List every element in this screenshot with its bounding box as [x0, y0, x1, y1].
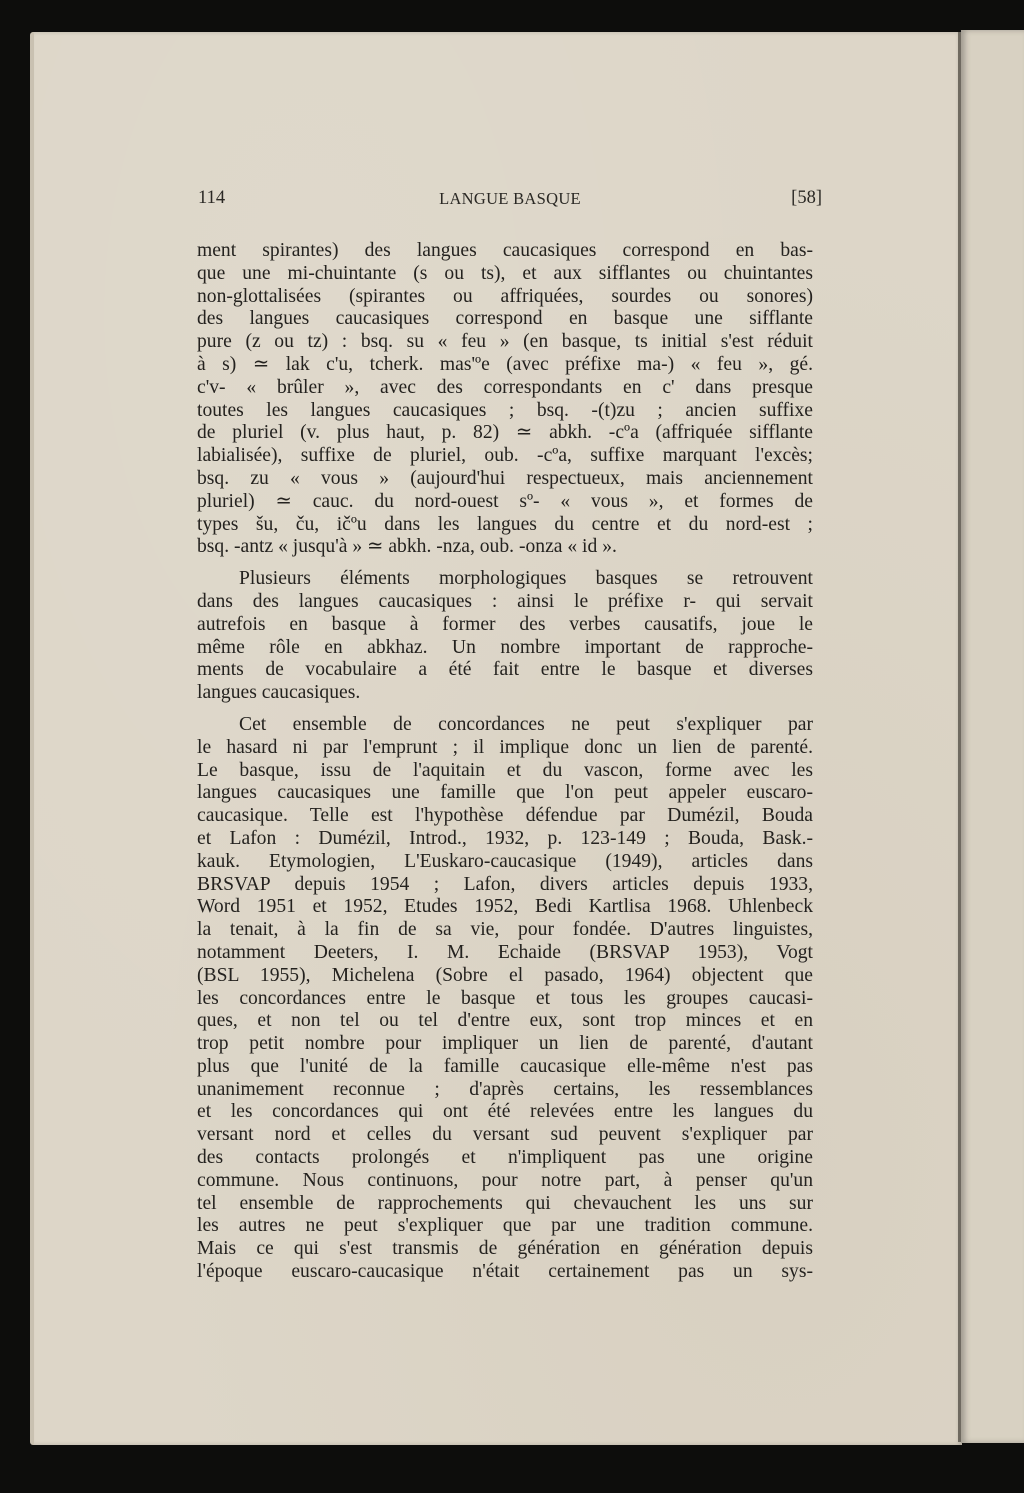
text-line: le hasard ni par l'emprunt ; il implique… [197, 737, 813, 760]
running-title: LANGUE BASQUE [198, 189, 822, 209]
text-line: autrefois en basque à former des verbes … [197, 614, 813, 637]
text-line: l'époque euscaro-caucasique n'était cert… [197, 1261, 813, 1284]
text-line: ques, et non tel ou tel d'entre eux, son… [197, 1010, 813, 1033]
text-line: les autres ne peut s'expliquer que par u… [197, 1215, 813, 1238]
text-line: ments de vocabulaire a été fait entre le… [197, 659, 813, 682]
text-line: labialisée), suffixe de pluriel, oub. -c… [197, 445, 813, 468]
text-line: Word 1951 et 1952, Etudes 1952, Bedi Kar… [197, 896, 813, 919]
text-line: non-glottalisées (spirantes ou affriquée… [197, 286, 813, 309]
text-line: bsq. zu « vous » (aujourd'hui respectueu… [197, 468, 813, 491]
text-line: Cet ensemble de concordances ne peut s'e… [197, 714, 813, 737]
text-line: pure (z ou tz) : bsq. su « feu » (en bas… [197, 331, 813, 354]
text-line: Plusieurs éléments morphologiques basque… [197, 568, 813, 591]
text-line: notamment Deeters, I. M. Echaide (BRSVAP… [197, 942, 813, 965]
text-line: la tenait, à la fin de sa vie, pour fond… [197, 919, 813, 942]
text-line: langues caucasiques. [197, 682, 813, 705]
text-line: toutes les langues caucasiques ; bsq. -(… [197, 400, 813, 423]
text-line: même rôle en abkhaz. Un nombre important… [197, 637, 813, 660]
text-line: langues caucasiques une famille que l'on… [197, 782, 813, 805]
text-line: les concordances entre le basque et tous… [197, 988, 813, 1011]
paragraph-1: ment spirantes) des langues caucasiques … [197, 240, 813, 559]
body-text: ment spirantes) des langues caucasiques … [197, 240, 813, 1284]
text-line: trop petit nombre pour impliquer un lien… [197, 1033, 813, 1056]
text-line: que une mi-chuintante (s ou ts), et aux … [197, 263, 813, 286]
text-line: bsq. -antz « jusqu'à » ≃ abkh. -nza, oub… [197, 536, 813, 559]
text-line: tel ensemble de rapprochements qui cheva… [197, 1193, 813, 1216]
text-line: Mais ce qui s'est transmis de génération… [197, 1238, 813, 1261]
paragraph-3: Cet ensemble de concordances ne peut s'e… [197, 714, 813, 1284]
text-line: types šu, ču, ičºu dans les langues du c… [197, 514, 813, 537]
text-line: c'v- « brûler », avec des correspondants… [197, 377, 813, 400]
text-line: dans des langues caucasiques : ainsi le … [197, 591, 813, 614]
text-line: caucasique. Telle est l'hypothèse défend… [197, 805, 813, 828]
facing-page-edge [961, 30, 1024, 1443]
text-line: BRSVAP depuis 1954 ; Lafon, divers artic… [197, 874, 813, 897]
text-line: et Lafon : Dumézil, Introd., 1932, p. 12… [197, 828, 813, 851]
text-line: de pluriel (v. plus haut, p. 82) ≃ abkh.… [197, 422, 813, 445]
text-line: unanimement reconnue ; d'après certains,… [197, 1079, 813, 1102]
text-line: commune. Nous continuons, pour notre par… [197, 1170, 813, 1193]
paragraph-2: Plusieurs éléments morphologiques basque… [197, 568, 813, 705]
text-line: Le basque, issu de l'aquitain et du vasc… [197, 760, 813, 783]
text-line: et les concordances qui ont été relevées… [197, 1101, 813, 1124]
text-line: versant nord et celles du versant sud pe… [197, 1124, 813, 1147]
section-number: [58] [791, 188, 822, 209]
text-line: plus que l'unité de la famille caucasiqu… [197, 1056, 813, 1079]
text-line: des langues caucasiques correspond en ba… [197, 308, 813, 331]
text-line: ment spirantes) des langues caucasiques … [197, 240, 813, 263]
text-line: à s) ≃ lak c'u, tcherk. mas'ºe (avec pré… [197, 354, 813, 377]
running-header: 114 LANGUE BASQUE [58] [198, 188, 822, 212]
text-line: kauk. Etymologien, L'Euskaro-caucasique … [197, 851, 813, 874]
text-line: (BSL 1955), Michelena (Sobre el pasado, … [197, 965, 813, 988]
text-line: des contacts prolongés et n'impliquent p… [197, 1147, 813, 1170]
text-line: pluriel) ≃ cauc. du nord-ouest sº- « vou… [197, 491, 813, 514]
